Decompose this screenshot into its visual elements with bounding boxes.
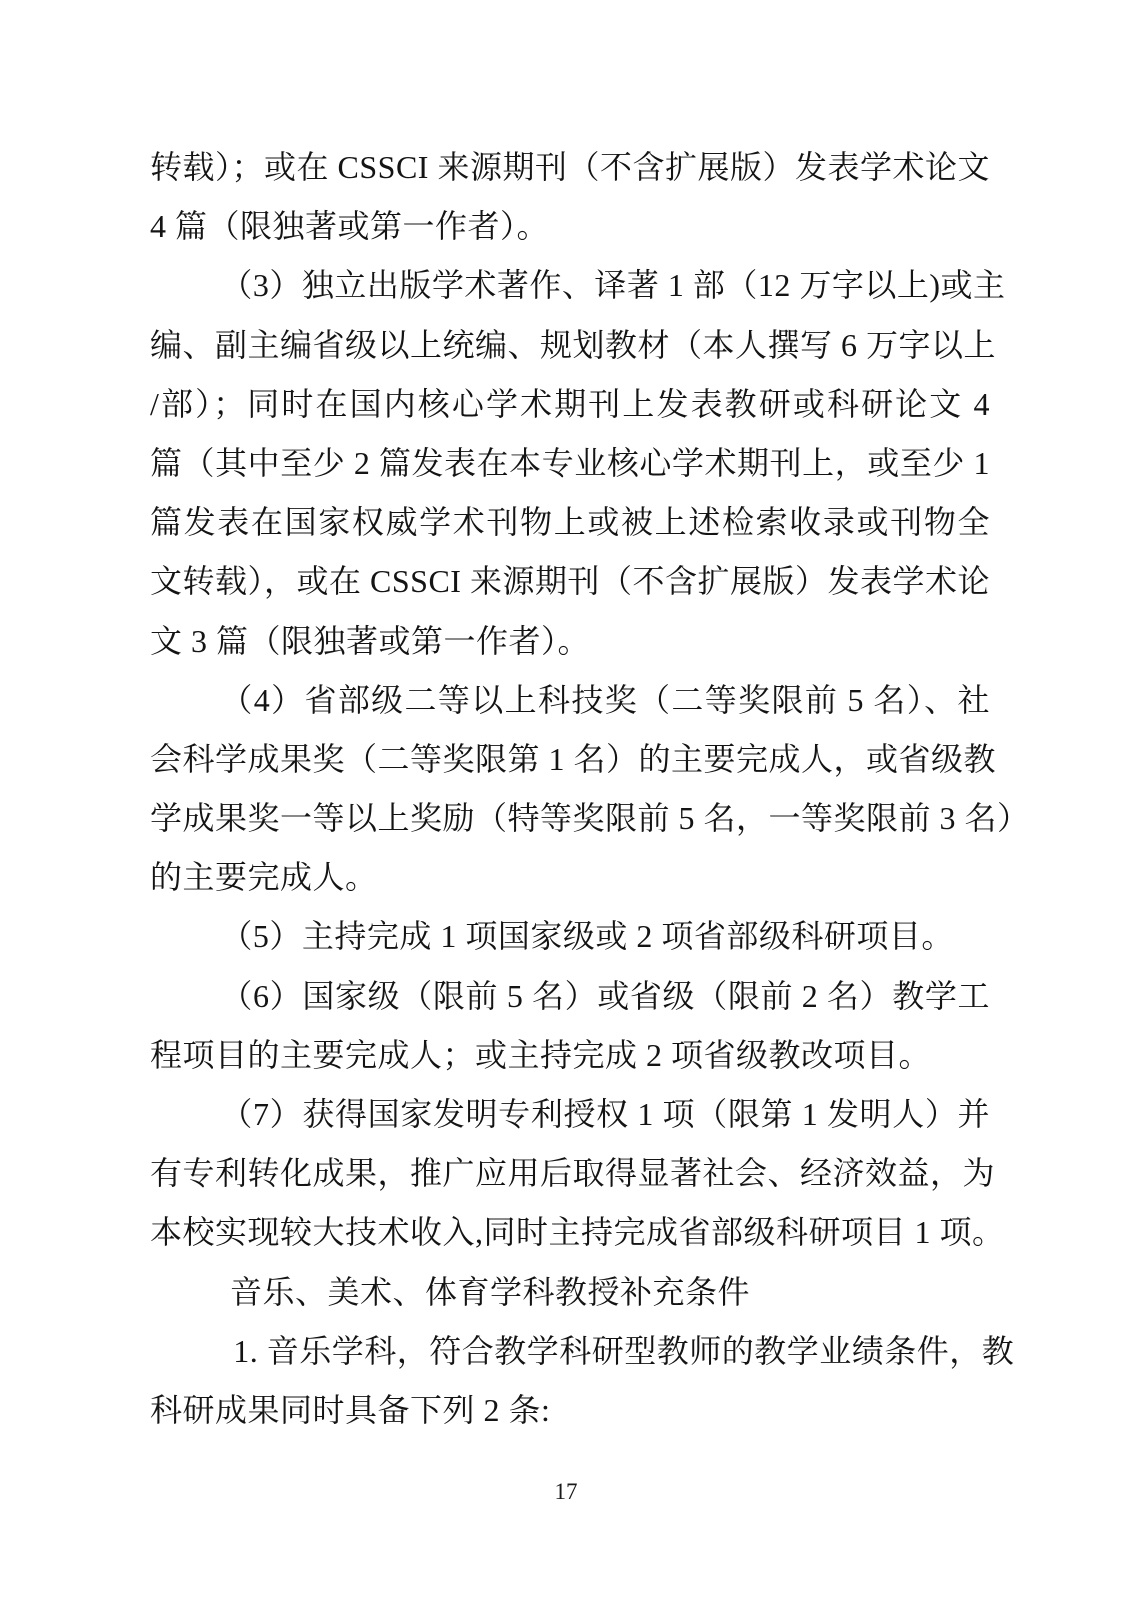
text-line: 本校实现较大技术收入,同时主持完成省部级科研项目 1 项。 — [150, 1203, 990, 1262]
text-line: 文转载），或在 CSSCI 来源期刊（不含扩展版）发表学术论 — [150, 552, 990, 611]
document-page: 转载）；或在 CSSCI 来源期刊（不含扩展版）发表学术论文4 篇（限独著或第一… — [0, 0, 1132, 1600]
text-line: （3）独立出版学术著作、译著 1 部（12 万字以上)或主 — [150, 256, 990, 315]
text-line: （6）国家级（限前 5 名）或省级（限前 2 名）教学工 — [150, 967, 990, 1026]
text-line: 编、副主编省级以上统编、规划教材（本人撰写 6 万字以上 — [150, 316, 990, 375]
text-line: /部）；同时在国内核心学术期刊上发表教研或科研论文 4 — [150, 375, 990, 434]
text-line: 有专利转化成果，推广应用后取得显著社会、经济效益，为 — [150, 1144, 990, 1203]
text-line: 科研成果同时具备下列 2 条: — [150, 1381, 990, 1440]
text-line: 音乐、美术、体育学科教授补充条件 — [150, 1263, 990, 1322]
text-line: 程项目的主要完成人；或主持完成 2 项省级教改项目。 — [150, 1026, 990, 1085]
text-line: 篇发表在国家权威学术刊物上或被上述检索收录或刊物全 — [150, 493, 990, 552]
text-line: （5）主持完成 1 项国家级或 2 项省部级科研项目。 — [150, 907, 990, 966]
text-line: 文 3 篇（限独著或第一作者）。 — [150, 612, 990, 671]
text-line: 4 篇（限独著或第一作者）。 — [150, 197, 990, 256]
text-line: （4）省部级二等以上科技奖（二等奖限前 5 名）、社 — [150, 671, 990, 730]
text-line: 转载）；或在 CSSCI 来源期刊（不含扩展版）发表学术论文 — [150, 138, 990, 197]
text-line: 1. 音乐学科，符合教学科研型教师的教学业绩条件，教 — [150, 1322, 990, 1381]
page-number: 17 — [555, 1479, 578, 1504]
text-line: 学成果奖一等以上奖励（特等奖限前 5 名，一等奖限前 3 名） — [150, 789, 990, 848]
page-body: 转载）；或在 CSSCI 来源期刊（不含扩展版）发表学术论文4 篇（限独著或第一… — [150, 138, 990, 1440]
text-line: 会科学成果奖（二等奖限第 1 名）的主要完成人，或省级教 — [150, 730, 990, 789]
page-footer: 17 — [0, 1478, 1132, 1506]
text-line: （7）获得国家发明专利授权 1 项（限第 1 发明人）并 — [150, 1085, 990, 1144]
text-line: 篇（其中至少 2 篇发表在本专业核心学术期刊上，或至少 1 — [150, 434, 990, 493]
text-line: 的主要完成人。 — [150, 848, 990, 907]
